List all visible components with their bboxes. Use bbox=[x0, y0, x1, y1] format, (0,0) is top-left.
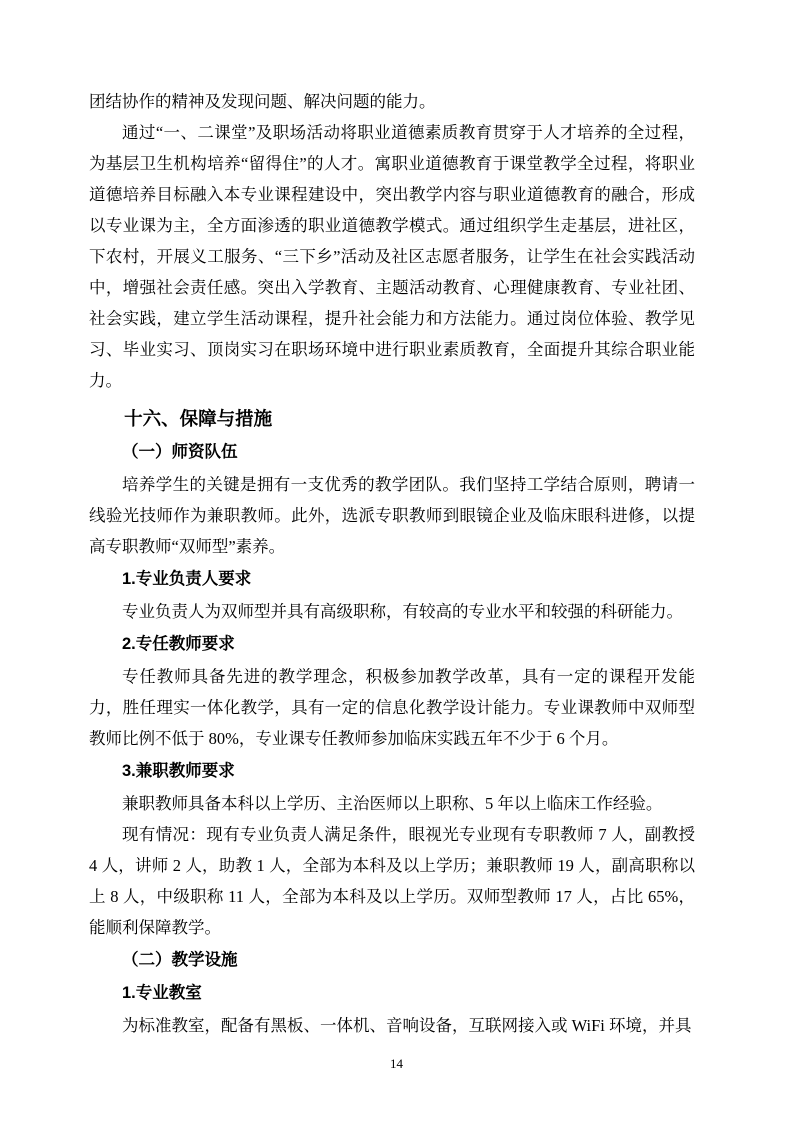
section-heading: 十六、保障与措施 bbox=[89, 403, 695, 434]
document-body: 团结协作的精神及发现问题、解决问题的能力。 通过“一、二课堂”及职场活动将职业道… bbox=[89, 86, 695, 1041]
page-number: 14 bbox=[0, 1056, 793, 1072]
paragraph: 专业负责人为双师型并具有高级职称，有较高的专业水平和较强的科研能力。 bbox=[89, 596, 695, 627]
subsubsection-heading: 1.专业教室 bbox=[89, 978, 695, 1009]
paragraph: 为标准教室，配备有黑板、一体机、音响设备，互联网接入或 WiFi 环境，并具 bbox=[89, 1010, 695, 1041]
paragraph: 兼职教师具备本科以上学历、主治医师以上职称、5 年以上临床工作经验。 bbox=[89, 788, 695, 819]
subsubsection-heading: 1.专业负责人要求 bbox=[89, 564, 695, 595]
subsubsection-heading: 2.专任教师要求 bbox=[89, 629, 695, 660]
paragraph: 通过“一、二课堂”及职场活动将职业道德素质教育贯穿于人才培养的全过程，为基层卫生… bbox=[89, 117, 695, 396]
subsection-heading: （一）师资队伍 bbox=[89, 437, 695, 468]
paragraph-continuation: 团结协作的精神及发现问题、解决问题的能力。 bbox=[89, 86, 695, 117]
subsection-heading: （二）教学设施 bbox=[89, 945, 695, 976]
paragraph: 专任教师具备先进的教学理念，积极参加教学改革，具有一定的课程开发能力，胜任理实一… bbox=[89, 661, 695, 754]
paragraph: 现有情况：现有专业负责人满足条件，眼视光专业现有专职教师 7 人，副教授 4 人… bbox=[89, 819, 695, 943]
document-page: 团结协作的精神及发现问题、解决问题的能力。 通过“一、二课堂”及职场活动将职业道… bbox=[0, 0, 793, 1122]
paragraph: 培养学生的关键是拥有一支优秀的教学团队。我们坚持工学结合原则，聘请一线验光技师作… bbox=[89, 469, 695, 562]
subsubsection-heading: 3.兼职教师要求 bbox=[89, 756, 695, 787]
